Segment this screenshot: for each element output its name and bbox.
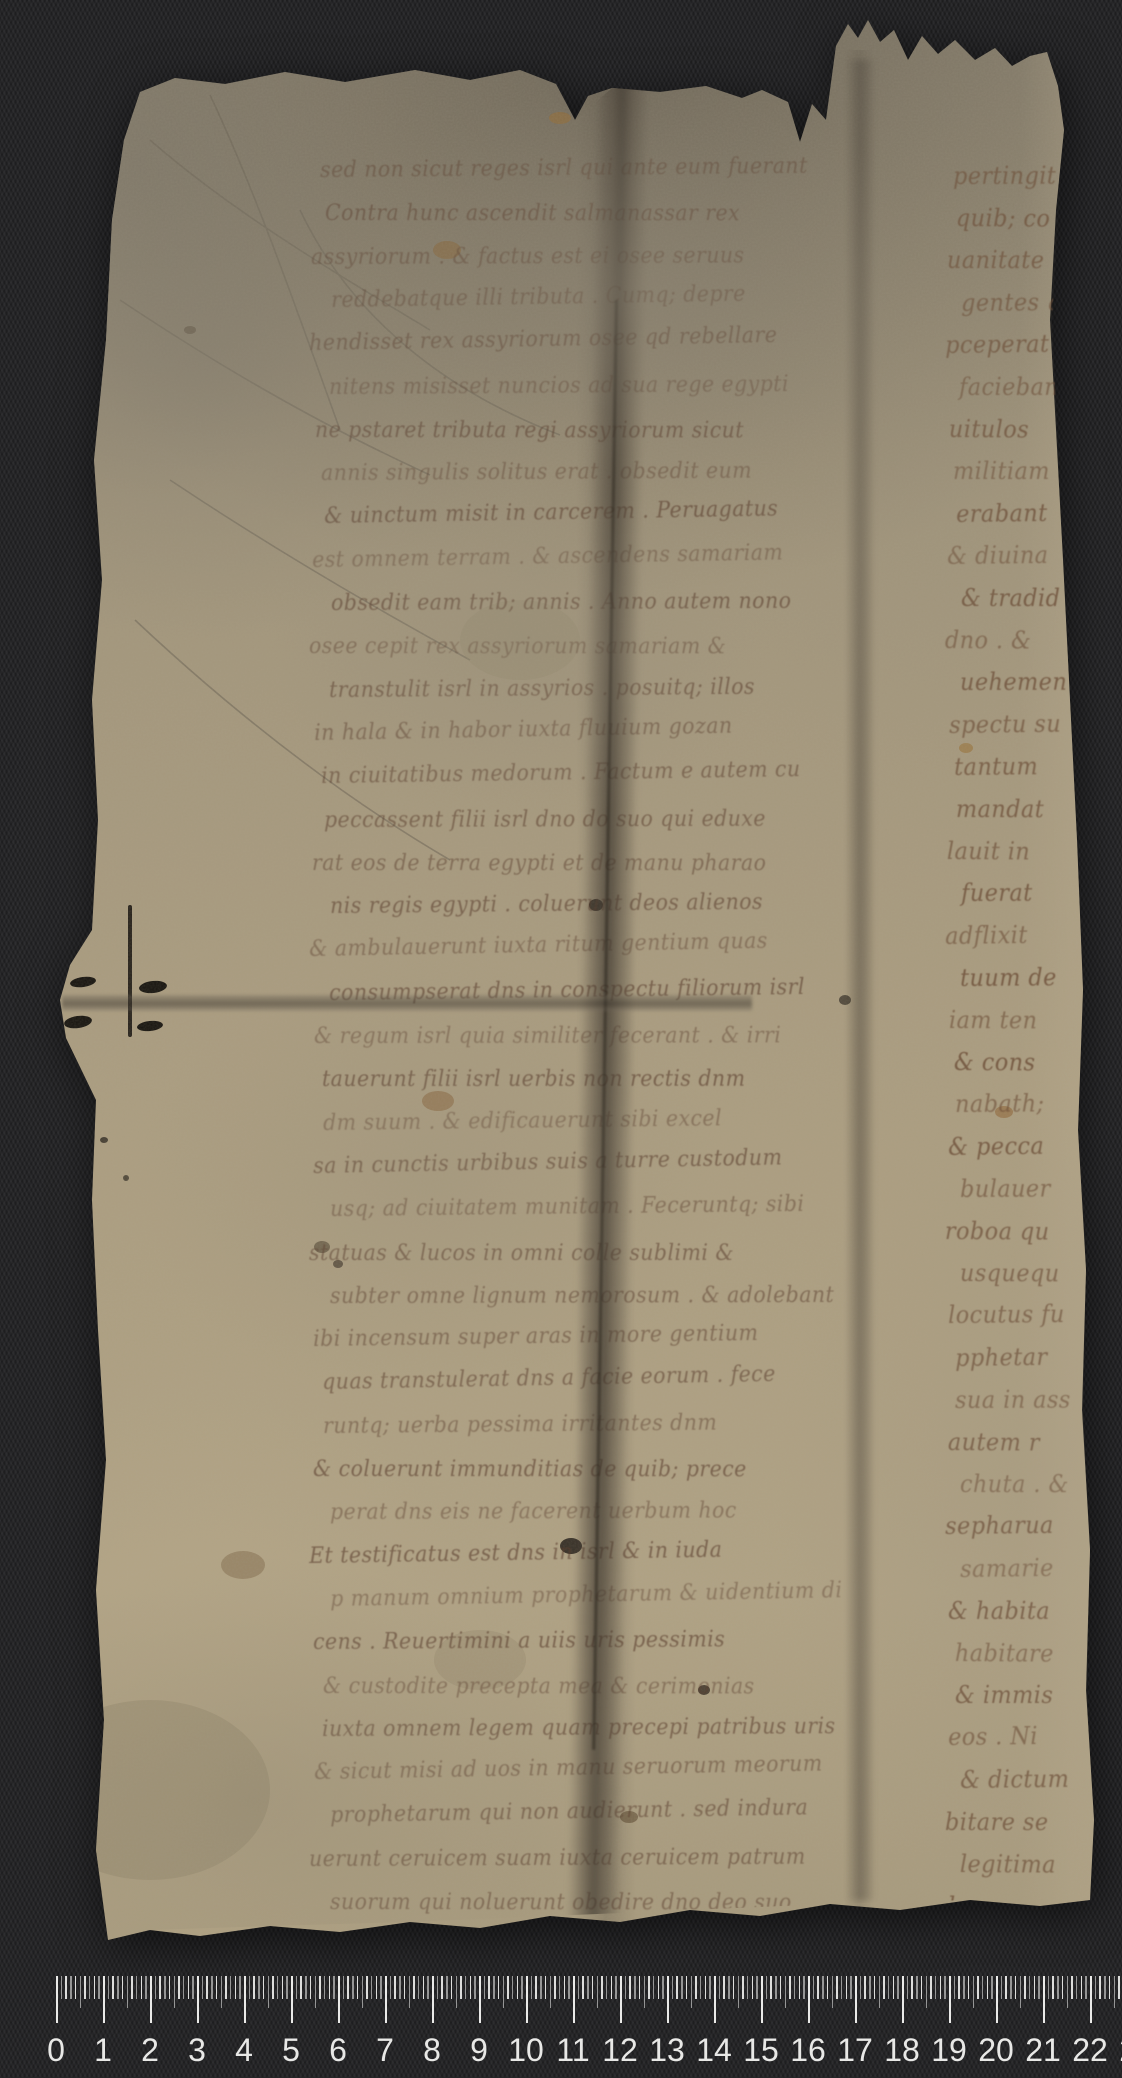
ruler-tick-mm (456, 1976, 458, 2008)
ruler-tick-mm (639, 1976, 641, 1999)
ruler-number-label: 14 (692, 2032, 736, 2069)
ruler-tick-mm (235, 1976, 237, 1999)
ruler-tick-mm (597, 1976, 599, 2008)
ruler-tick-mm (352, 1976, 354, 1999)
ruler-tick-mm (780, 1976, 782, 1999)
ruler-tick-mm (601, 1976, 603, 1999)
ruler-tick-mm (832, 1976, 834, 2008)
ruler-number-label: 10 (504, 2032, 548, 2069)
ruler-tick-mm (390, 1976, 392, 1999)
ruler-tick-mm (911, 1976, 913, 1999)
ruler-number-label: 4 (222, 2032, 266, 2069)
ruler-tick-mm (507, 1976, 509, 1999)
ruler-tick-mm (131, 1976, 133, 1999)
ruler-tick-mm (272, 1976, 274, 1999)
ruler-tick-mm (366, 1976, 368, 1999)
ruler-tick-mm (676, 1976, 678, 1999)
ruler-tick-mm (916, 1976, 918, 1999)
ruler-tick-mm (437, 1976, 439, 1999)
ruler-tick-mm (108, 1976, 110, 1999)
ruler-tick-mm (221, 1976, 223, 2008)
ruler-tick-mm (1034, 1976, 1036, 1999)
ruler-tick-mm (531, 1976, 533, 1999)
ruler-tick-mm (230, 1976, 232, 1999)
ruler-tick-mm (785, 1976, 787, 2008)
ruler-tick-mm (286, 1976, 288, 1999)
ruler-tick-mm (907, 1976, 909, 1999)
ruler-tick-mm (629, 1976, 631, 1999)
ruler-tick-mm (174, 1976, 176, 2008)
ruler-tick-mm (535, 1976, 537, 1999)
ruler-tick-mm (611, 1976, 613, 1999)
ruler-tick-mm (380, 1976, 382, 1999)
ruler-tick-mm (1001, 1976, 1003, 1999)
ruler-tick-mm (333, 1976, 335, 1999)
ruler-tick-mm (239, 1976, 241, 1999)
ruler-tick-mm (559, 1976, 561, 1999)
ruler-tick-mm (493, 1976, 495, 1999)
ruler-tick-mm (521, 1976, 523, 1999)
ruler-tick-mm (1118, 1976, 1120, 1999)
ruler-tick-mm (141, 1976, 143, 1999)
ruler-number-label: 20 (974, 2032, 1018, 2069)
ruler-tick-mm (80, 1976, 82, 2008)
ruler-tick-mm (94, 1976, 96, 1999)
ruler-tick-mm (404, 1976, 406, 1999)
ruler-tick-mm (930, 1976, 932, 1999)
ruler-tick-mm (625, 1976, 627, 1999)
ruler-tick-mm (258, 1976, 260, 1999)
ruler-tick-cm (150, 1976, 152, 2023)
ruler-tick-mm (362, 1976, 364, 2008)
ruler-tick-mm (465, 1976, 467, 1999)
ruler-number-label: 2 (128, 2032, 172, 2069)
ruler-tick-cm (573, 1976, 575, 2023)
ruler-tick-mm (977, 1976, 979, 1999)
ruler-tick-mm (564, 1976, 566, 1999)
ruler-tick-cm (949, 1976, 951, 2023)
ruler-tick-cm (197, 1976, 199, 2023)
ruler-tick-mm (846, 1976, 848, 1999)
ruler-tick-mm (122, 1976, 124, 1999)
ruler-tick-cm (808, 1976, 810, 2023)
ruler-tick-cm (620, 1976, 622, 2023)
ruler-tick-mm (958, 1976, 960, 1999)
ruler-tick-mm (940, 1976, 942, 1999)
ruler-tick-mm (860, 1976, 862, 1999)
ruler-number-label: 11 (551, 2032, 595, 2069)
ruler-tick-mm (789, 1976, 791, 1999)
ruler-tick-mm (747, 1976, 749, 1999)
ruler-tick-mm (606, 1976, 608, 1999)
ruler-tick-mm (268, 1976, 270, 2008)
ruler-tick-mm (836, 1976, 838, 1999)
ruler-tick-cm (761, 1976, 763, 2023)
ruler-tick-mm (686, 1976, 688, 1999)
ruler-tick-mm (376, 1976, 378, 1999)
ruler-tick-mm (935, 1976, 937, 1999)
ruler-tick-mm (738, 1976, 740, 2008)
ruler-tick-mm (653, 1976, 655, 1999)
ruler-number-label: 9 (457, 2032, 501, 2069)
ruler-tick-mm (282, 1976, 284, 1999)
ruler-tick-mm (1057, 1976, 1059, 1999)
ruler-tick-cm (291, 1976, 293, 2023)
ruler-tick-mm (705, 1976, 707, 1999)
ruler-tick-cm (479, 1976, 481, 2023)
ruler-tick-mm (159, 1976, 161, 1999)
ruler-tick-mm (305, 1976, 307, 1999)
photo-stage: sed non sicut reges isrl qui ante eum fu… (0, 0, 1122, 2078)
ruler-tick-mm (343, 1976, 345, 1999)
ruler-tick-mm (982, 1976, 984, 1999)
ruler-tick-mm (418, 1976, 420, 1999)
ruler-tick-mm (296, 1976, 298, 1999)
ruler-tick-mm (691, 1976, 693, 2008)
ruler-tick-mm (112, 1976, 114, 1999)
ruler-number-label: 21 (1021, 2032, 1065, 2069)
ruler-tick-mm (921, 1976, 923, 1999)
ruler-tick-mm (545, 1976, 547, 1999)
ruler-tick-mm (1099, 1976, 1101, 1999)
ruler-tick-mm (766, 1976, 768, 1999)
ruler-tick-mm (423, 1976, 425, 1999)
ruler-tick-mm (249, 1976, 251, 1999)
ruler-tick-mm (178, 1976, 180, 1999)
ruler-tick-mm (446, 1976, 448, 1999)
ruler-tick-mm (897, 1976, 899, 1999)
ruler-tick-mm (803, 1976, 805, 1999)
ruler-tick-mm (968, 1976, 970, 1999)
ruler-tick-mm (319, 1976, 321, 1999)
ruler-tick-mm (813, 1976, 815, 1999)
ruler-tick-mm (399, 1976, 401, 1999)
ruler-tick-mm (413, 1976, 415, 1999)
ruler-tick-mm (648, 1976, 650, 1999)
ruler-tick-mm (1029, 1976, 1031, 1999)
ruler-tick-mm (874, 1976, 876, 1999)
ruler-tick-mm (394, 1976, 396, 1999)
ruler-tick-mm (65, 1976, 67, 1999)
ruler-tick-mm (864, 1976, 866, 1999)
ruler-tick-mm (775, 1976, 777, 1999)
ruler-tick-mm (883, 1976, 885, 1999)
ruler-tick-mm (1005, 1976, 1007, 1999)
ruler-tick-mm (460, 1976, 462, 1999)
ruler-tick-mm (770, 1976, 772, 1999)
ruler-tick-mm (822, 1976, 824, 1999)
ruler-tick-mm (869, 1976, 871, 1999)
ruler-tick-cm (432, 1976, 434, 2023)
ruler-tick-mm (145, 1976, 147, 1999)
ruler-tick-mm (84, 1976, 86, 1999)
ruler-tick-mm (441, 1976, 443, 1999)
ruler-tick-mm (827, 1976, 829, 1999)
ruler-tick-mm (540, 1976, 542, 1999)
ruler-tick-mm (155, 1976, 157, 1999)
ruler-tick-mm (484, 1976, 486, 1999)
ruler-tick-mm (1038, 1976, 1040, 1999)
ruler-number-label: 22 (1068, 2032, 1112, 2069)
ruler-tick-cm (714, 1976, 716, 2023)
ruler-tick-mm (926, 1976, 928, 2008)
ruler-tick-mm (893, 1976, 895, 1999)
ruler-tick-mm (879, 1976, 881, 2008)
ruler-tick-cm (526, 1976, 528, 2023)
ruler-tick-mm (1062, 1976, 1064, 1999)
ruler-tick-mm (1015, 1976, 1017, 1999)
ruler-tick-mm (1076, 1976, 1078, 1999)
ruler-tick-mm (658, 1976, 660, 1999)
ruler-tick-mm (324, 1976, 326, 1999)
ruler-tick-mm (451, 1976, 453, 1999)
ruler-tick-cm (902, 1976, 904, 2023)
ruler-tick-mm (568, 1976, 570, 1999)
ruler-tick-mm (225, 1976, 227, 1999)
ruler-tick-cm (1043, 1976, 1045, 2023)
ruler-tick-mm (263, 1976, 265, 1999)
ruler-tick-mm (987, 1976, 989, 1999)
ruler-tick-mm (991, 1976, 993, 1999)
ruler-tick-mm (719, 1976, 721, 1999)
ruler-tick-mm (427, 1976, 429, 1999)
ruler-tick-mm (329, 1976, 331, 1999)
ruler-tick-mm (963, 1976, 965, 1999)
ruler-tick-mm (347, 1976, 349, 1999)
ruler-tick-mm (662, 1976, 664, 1999)
ruler-tick-mm (310, 1976, 312, 1999)
ruler-tick-mm (615, 1976, 617, 1999)
ruler-tick-mm (98, 1976, 100, 1999)
ruler-tick-mm (371, 1976, 373, 1999)
ruler-tick-mm (728, 1976, 730, 1999)
ruler-tick-mm (973, 1976, 975, 2008)
ruler-tick-cm (855, 1976, 857, 2023)
ruler-tick-mm (183, 1976, 185, 1999)
ruler-tick-mm (211, 1976, 213, 1999)
ruler-tick-mm (794, 1976, 796, 1999)
ruler-tick-mm (517, 1976, 519, 1999)
ruler-number-label: 3 (175, 2032, 219, 2069)
ruler-tick-mm (315, 1976, 317, 2008)
ruler-tick-mm (554, 1976, 556, 1999)
ruler-tick-mm (409, 1976, 411, 2008)
ruler-tick-mm (1020, 1976, 1022, 2008)
ruler-tick-mm (672, 1976, 674, 1999)
ruler-tick-mm (644, 1976, 646, 2008)
ruler-tick-mm (216, 1976, 218, 1999)
ruler-number-label: 15 (739, 2032, 783, 2069)
ruler-tick-mm (169, 1976, 171, 1999)
ruler-tick-cm (338, 1976, 340, 2023)
ruler-tick-mm (888, 1976, 890, 1999)
ruler-tick-mm (817, 1976, 819, 1999)
ruler-tick-mm (1104, 1976, 1106, 1999)
ruler-tick-cm (103, 1976, 105, 2023)
ruler-tick-mm (1071, 1976, 1073, 1999)
ruler-tick-cm (1090, 1976, 1092, 2023)
ruler-tick-mm (1109, 1976, 1111, 1999)
ruler-tick-mm (723, 1976, 725, 1999)
ruler-tick-mm (253, 1976, 255, 1999)
ruler-tick-mm (1095, 1976, 1097, 1999)
ruler-number-label: 17 (833, 2032, 877, 2069)
ruler-tick-mm (192, 1976, 194, 1999)
ruler-tick-mm (752, 1976, 754, 1999)
ruler-number-label: 7 (363, 2032, 407, 2069)
ruler-tick-mm (799, 1976, 801, 1999)
ruler-tick-mm (357, 1976, 359, 1999)
ruler-tick-mm (709, 1976, 711, 1999)
ruler-number-label: 6 (316, 2032, 360, 2069)
ruler-tick-cm (244, 1976, 246, 2023)
ruler-tick-mm (206, 1976, 208, 1999)
ruler-tick-mm (944, 1976, 946, 1999)
ruler-tick-mm (1081, 1976, 1083, 1999)
ruler-tick-mm (136, 1976, 138, 1999)
ruler-tick-cm (996, 1976, 998, 2023)
ruler-tick-cm (667, 1976, 669, 2023)
ruler-tick-mm (582, 1976, 584, 1999)
ruler-tick-mm (954, 1976, 956, 1999)
ruler-tick-mm (850, 1976, 852, 1999)
ruler-tick-mm (681, 1976, 683, 1999)
ruler-tick-mm (300, 1976, 302, 1999)
ruler-tick-mm (470, 1976, 472, 1999)
ruler-tick-mm (70, 1976, 72, 1999)
ruler-tick-mm (1052, 1976, 1054, 1999)
ruler-number-label: 13 (645, 2032, 689, 2069)
ruler-tick-mm (742, 1976, 744, 1999)
ruler-number-label: 8 (410, 2032, 454, 2069)
ruler-number-label: 16 (786, 2032, 830, 2069)
ruler-tick-mm (733, 1976, 735, 1999)
ruler-tick-mm (498, 1976, 500, 1999)
ruler-tick-mm (127, 1976, 129, 2008)
ruler-number-label: 12 (598, 2032, 642, 2069)
ruler-tick-mm (700, 1976, 702, 1999)
ruler-tick-mm (1048, 1976, 1050, 1999)
ruler-tick-mm (592, 1976, 594, 1999)
ruler-tick-mm (578, 1976, 580, 1999)
ruler-tick-mm (695, 1976, 697, 1999)
ruler-number-label: 0 (34, 2032, 78, 2069)
ruler-tick-mm (164, 1976, 166, 1999)
ruler-tick-mm (503, 1976, 505, 2008)
ruler-tick-mm (1085, 1976, 1087, 1999)
ruler-tick-mm (1010, 1976, 1012, 1999)
ruler-tick-mm (488, 1976, 490, 1999)
ruler-number-label: 1 (81, 2032, 125, 2069)
ruler-tick-mm (1114, 1976, 1116, 2008)
ruler: 01234567891011121314151617181920212223 (0, 0, 1122, 2078)
ruler-tick-mm (841, 1976, 843, 1999)
ruler-tick-mm (512, 1976, 514, 1999)
ruler-tick-mm (634, 1976, 636, 1999)
ruler-tick-mm (75, 1976, 77, 1999)
ruler-number-label: 23 (1115, 2032, 1122, 2069)
ruler-tick-mm (587, 1976, 589, 1999)
ruler-tick-mm (1067, 1976, 1069, 2008)
ruler-tick-mm (277, 1976, 279, 1999)
ruler-number-label: 18 (880, 2032, 924, 2069)
ruler-tick-cm (385, 1976, 387, 2023)
ruler-tick-mm (188, 1976, 190, 1999)
ruler-tick-mm (1024, 1976, 1026, 1999)
ruler-tick-mm (474, 1976, 476, 1999)
ruler-number-label: 5 (269, 2032, 313, 2069)
ruler-tick-mm (202, 1976, 204, 1999)
ruler-tick-mm (550, 1976, 552, 2008)
ruler-tick-mm (61, 1976, 63, 1999)
ruler-tick-cm (56, 1976, 58, 2023)
ruler-tick-mm (117, 1976, 119, 1999)
ruler-number-label: 19 (927, 2032, 971, 2069)
ruler-tick-mm (756, 1976, 758, 1999)
ruler-tick-mm (89, 1976, 91, 1999)
